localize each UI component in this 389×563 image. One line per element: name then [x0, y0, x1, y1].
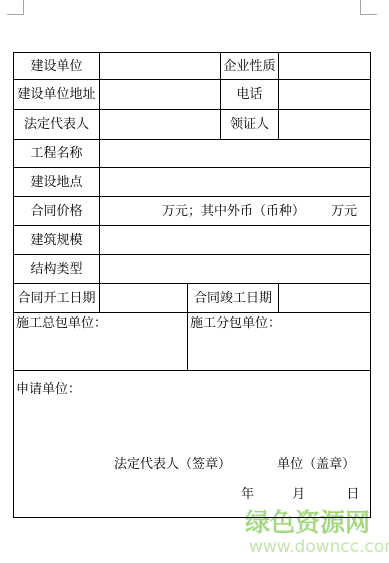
field-structure-type-value[interactable] — [100, 255, 371, 284]
field-contract-start-date-value[interactable] — [100, 284, 188, 313]
field-general-contractor[interactable]: 施工总包单位： — [14, 313, 188, 371]
field-contract-completion-date-value[interactable] — [279, 284, 371, 313]
label-construction-unit: 建设单位 — [14, 53, 100, 80]
label-legal-representative: 法定代表人 — [14, 110, 100, 140]
label-construction-site: 建设地点 — [14, 168, 100, 197]
field-construction-unit-value[interactable] — [100, 53, 221, 80]
label-contract-price: 合同价格 — [14, 197, 100, 226]
application-form-table: 建设单位 企业性质 建设单位地址 电话 法定代表人 领证人 工程名称 建设地点 … — [13, 52, 371, 518]
signature-line: 法定代表人（签章） 单位（盖章） — [114, 458, 355, 471]
field-subcontractor[interactable]: 施工分包单位： — [188, 313, 371, 371]
label-applicant-unit: 申请单位： — [16, 383, 81, 396]
label-telephone: 电话 — [221, 80, 279, 110]
field-project-name-value[interactable] — [100, 140, 371, 168]
watermark-site-url: www.downcc.com — [249, 539, 389, 556]
contract-price-foreign-unit-text: 万元 — [331, 205, 357, 218]
label-certificate-recipient: 领证人 — [221, 110, 279, 140]
field-contract-price-value[interactable]: 万元；其中外币（币种） 万元 — [100, 197, 371, 226]
label-contract-start-date: 合同开工日期 — [14, 284, 100, 313]
label-contract-completion-date: 合同竣工日期 — [188, 284, 279, 313]
label-legal-rep-signature: 法定代表人（签章） — [114, 457, 231, 472]
field-construction-site-value[interactable] — [100, 168, 371, 197]
field-legal-representative-value[interactable] — [100, 110, 221, 140]
label-enterprise-nature: 企业性质 — [221, 53, 279, 80]
label-structure-type: 结构类型 — [14, 255, 100, 284]
label-construction-unit-address: 建设单位地址 — [14, 80, 100, 110]
field-applicant-unit[interactable]: 申请单位： 法定代表人（签章） 单位（盖章） 年 月 日 — [14, 371, 371, 518]
label-month: 月 — [292, 487, 305, 502]
text-boundary-mark-top-left — [7, 0, 24, 15]
document-page: 绿色资源网 www.downcc.com 建设单位 企业性质 建设单位地址 电话… — [0, 0, 389, 563]
field-building-scale-value[interactable] — [100, 226, 371, 255]
label-day: 日 — [346, 487, 359, 502]
text-boundary-mark-top-right — [360, 0, 377, 15]
label-year: 年 — [241, 487, 254, 502]
date-line: 年 月 日 — [241, 488, 359, 501]
label-project-name: 工程名称 — [14, 140, 100, 168]
field-enterprise-nature-value[interactable] — [279, 53, 371, 80]
field-construction-unit-address-value[interactable] — [100, 80, 221, 110]
contract-price-unit-text: 万元；其中外币（币种） — [162, 205, 305, 218]
field-certificate-recipient-value[interactable] — [279, 110, 371, 140]
field-telephone-value[interactable] — [279, 80, 371, 110]
label-building-scale: 建筑规模 — [14, 226, 100, 255]
label-unit-seal: 单位（盖章） — [277, 457, 355, 472]
